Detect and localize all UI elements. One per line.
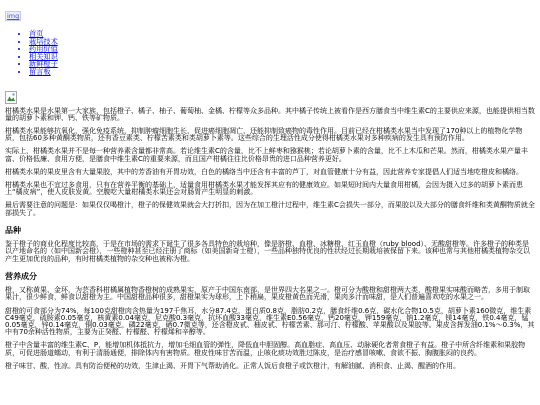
nav-link-message-board[interactable]: 留言板 [29,67,51,76]
nutrition-paragraph-3: 橙子中含量丰富的维生素C、P，能增加机体抵抗力，增加毛细血管的弹性，降低血中胆固… [5,342,535,356]
main-nav: 首页 栽培技术 药用价值 相关知识 新鲜橙子 留言板 [5,30,535,76]
nav-item-fresh-oranges: 新鲜橙子 [29,60,535,68]
site-logo-broken-image-alt[interactable]: img [5,11,21,21]
intro-paragraph-1: 柑橘类水果是水果第一大家族，包括橙子、橘子、柚子、葡萄柚、金橘、柠檬等众多品种。… [5,108,535,122]
intro-paragraph-5: 柑橘类水果也不宜过多食用，只有在营养平衡的基础上，适量食用柑橘类水果才能发挥其应… [5,182,535,196]
nutrition-paragraph-2: 甜橙的可食部分为74%，每100克甜橙肉含热量为197千焦耳，水分87.4克，蛋… [5,308,535,337]
broken-image-placeholder [5,89,535,102]
broken-image-icon [5,91,17,104]
section-heading-varieties: 品种 [5,227,535,235]
nutrition-paragraph-1: 橙，又称黄果、金环，为芸香科柑橘属植物香橙树的成熟果实，原产于中国东南部，是世界… [5,287,535,301]
intro-paragraph-3: 实际上，柑橘类水果并不是每一种营养素含量都非常高。若论维生素C的含量，比不上鲜枣… [5,148,535,162]
nav-item-medicinal-value: 药用价值 [29,45,535,53]
nav-item-message-board: 留言板 [29,68,535,76]
nutrition-paragraph-4: 橙子味甘、酸，性凉。具有防治便秘的功效，生津止渴、开胃下气帮助消化。正常人饭后食… [5,363,535,370]
intro-paragraph-2: 柑橘类水果能够抗氧化，强化免疫系统，抑制肿瘤细胞生长，促进癌细胞凋亡，还能抑制致… [5,128,535,142]
intro-paragraph-6: 最后需要注意的问题是：如果仅仅喝橙汁，橙子的保健效果就会大打折扣，因为在加工橙汁… [5,202,535,216]
intro-paragraph-4: 柑橘类水果的果皮里含有大量果胶，其中的芳香油有开胃功效，白色的橘络当中还含有丰富… [5,169,535,176]
nav-item-home: 首页 [29,30,535,38]
page: img 首页 栽培技术 药用价值 相关知识 新鲜橙子 留言板 柑橘类水果是水果第… [0,0,540,405]
varieties-paragraph: 鉴于橙子的商业化程度比较高，于是在市场的需求下诞生了很多各具特色的栽培种，像是脐… [5,241,535,263]
nav-item-related-knowledge: 相关知识 [29,53,535,61]
section-heading-nutrition: 营养成分 [5,273,535,281]
nav-item-cultivation: 栽培技术 [29,38,535,46]
